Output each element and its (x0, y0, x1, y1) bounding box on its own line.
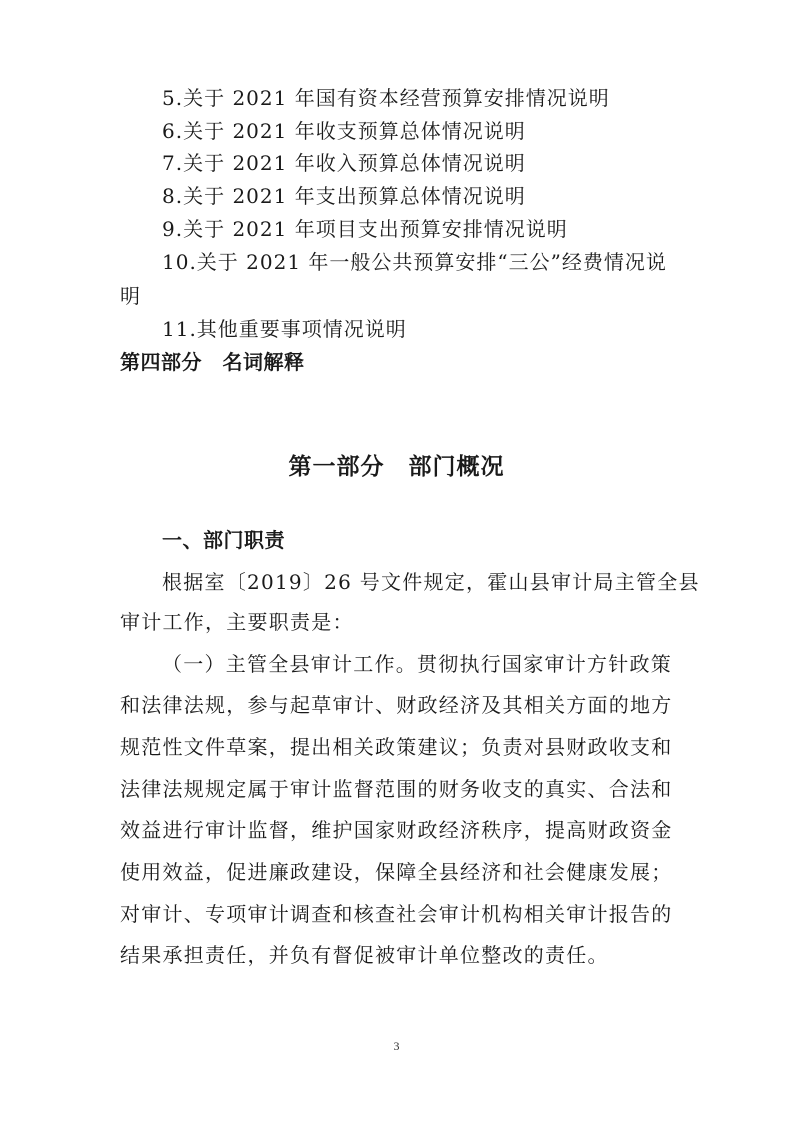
toc-item-9: 9.关于 2021 年项目支出预算安排情况说明 (162, 217, 672, 241)
page-number: 3 (0, 1039, 793, 1053)
duty-1-line-3: 规范性文件草案，提出相关政策建议；负责对县财政收支和 (120, 735, 672, 759)
toc-item-8: 8.关于 2021 年支出预算总体情况说明 (162, 184, 672, 208)
toc-item-11: 11.其他重要事项情况说明 (162, 317, 672, 341)
document-page: 5.关于 2021 年国有资本经营预算安排情况说明 6.关于 2021 年收支预… (0, 0, 793, 1122)
duty-1-line-8: 结果承担责任，并负有督促被审计单位整改的责任。 (120, 943, 672, 967)
duty-1-line-2: 和法律法规，参与起草审计、财政经济及其相关方面的地方 (120, 693, 672, 717)
duty-1-line-4: 法律法规规定属于审计监督范围的财务收支的真实、合法和 (120, 777, 672, 801)
section-1-heading: 一、部门职责 (162, 528, 672, 552)
part-1-title: 第一部分 部门概况 (0, 453, 793, 481)
duty-1-line-6: 使用效益，促进廉政建设，保障全县经济和社会健康发展； (120, 860, 672, 884)
duty-1-line-5: 效益进行审计监督，维护国家财政经济秩序，提高财政资金 (120, 818, 672, 842)
toc-item-6: 6.关于 2021 年收支预算总体情况说明 (162, 119, 672, 143)
toc-item-5: 5.关于 2021 年国有资本经营预算安排情况说明 (162, 86, 672, 110)
toc-item-10-continuation: 明 (120, 284, 672, 308)
intro-line-1: 根据室〔2019〕26 号文件规定，霍山县审计局主管全县 (162, 570, 672, 594)
toc-item-7: 7.关于 2021 年收入预算总体情况说明 (162, 151, 672, 175)
duty-1-line-7: 对审计、专项审计调查和核查社会审计机构相关审计报告的 (120, 902, 672, 926)
toc-item-10: 10.关于 2021 年一般公共预算安排“三公”经费情况说 (162, 250, 672, 274)
toc-part-4-heading: 第四部分 名词解释 (120, 350, 672, 374)
duty-1-line-1: （一）主管全县审计工作。贯彻执行国家审计方针政策 (162, 652, 672, 676)
intro-line-2: 审计工作，主要职责是： (120, 610, 672, 634)
